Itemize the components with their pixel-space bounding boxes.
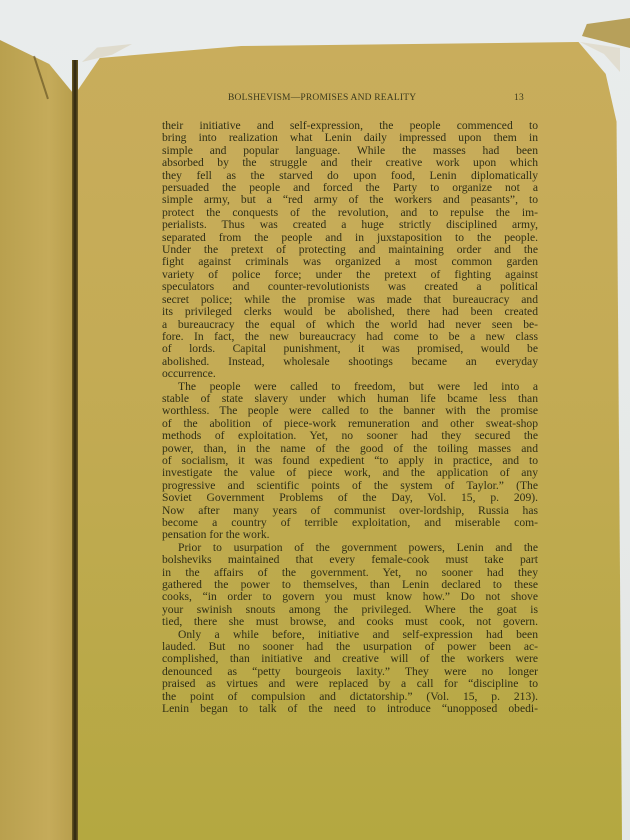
- text-line: perialists. Thus was created a huge stri…: [162, 219, 538, 231]
- book-spine: [72, 60, 78, 840]
- text-line: tied, there she must browse, and cooks m…: [162, 616, 538, 628]
- left-facing-page: [0, 40, 82, 840]
- text-line: worthless. The people were called to the…: [162, 405, 538, 417]
- text-line: abolished. Instead, wholesale shootings …: [162, 356, 538, 368]
- text-line: its privileged clerks would be abolished…: [162, 306, 538, 318]
- text-line: absorbed by the struggle and their creat…: [162, 157, 538, 169]
- text-line: simple army, but a “red army of the work…: [162, 194, 538, 206]
- text-line: methods of exploitation. Yet, no sooner …: [162, 430, 538, 442]
- text-line: occurrence.: [162, 368, 538, 380]
- header-title: BOLSHEVISM—PROMISES AND REALITY: [228, 93, 416, 103]
- text-line: fight against criminals was organized a …: [162, 256, 538, 268]
- text-line: of lords. Capital punishment, it was pro…: [162, 343, 538, 355]
- text-line: bring into realization what Lenin daily …: [162, 132, 538, 144]
- text-line: complished, than initiative and creative…: [162, 653, 538, 665]
- text-line: cooks, “in order to govern you must know…: [162, 591, 538, 603]
- page-number: 13: [514, 93, 524, 103]
- text-line: investigate the value of piece work, and…: [162, 467, 538, 479]
- text-line: speculators and counter-revolutionists w…: [162, 281, 538, 293]
- text-line: Soviet Government Problems of the Day, V…: [162, 492, 538, 504]
- body-text: their initiative and self-expression, th…: [162, 120, 538, 716]
- text-line: praised as virtues and were replaced by …: [162, 678, 538, 690]
- text-line: pensation for the work.: [162, 529, 538, 541]
- text-line: Lenin began to talk of the need to intro…: [162, 703, 538, 715]
- text-line: bolsheviks maintained that every female-…: [162, 554, 538, 566]
